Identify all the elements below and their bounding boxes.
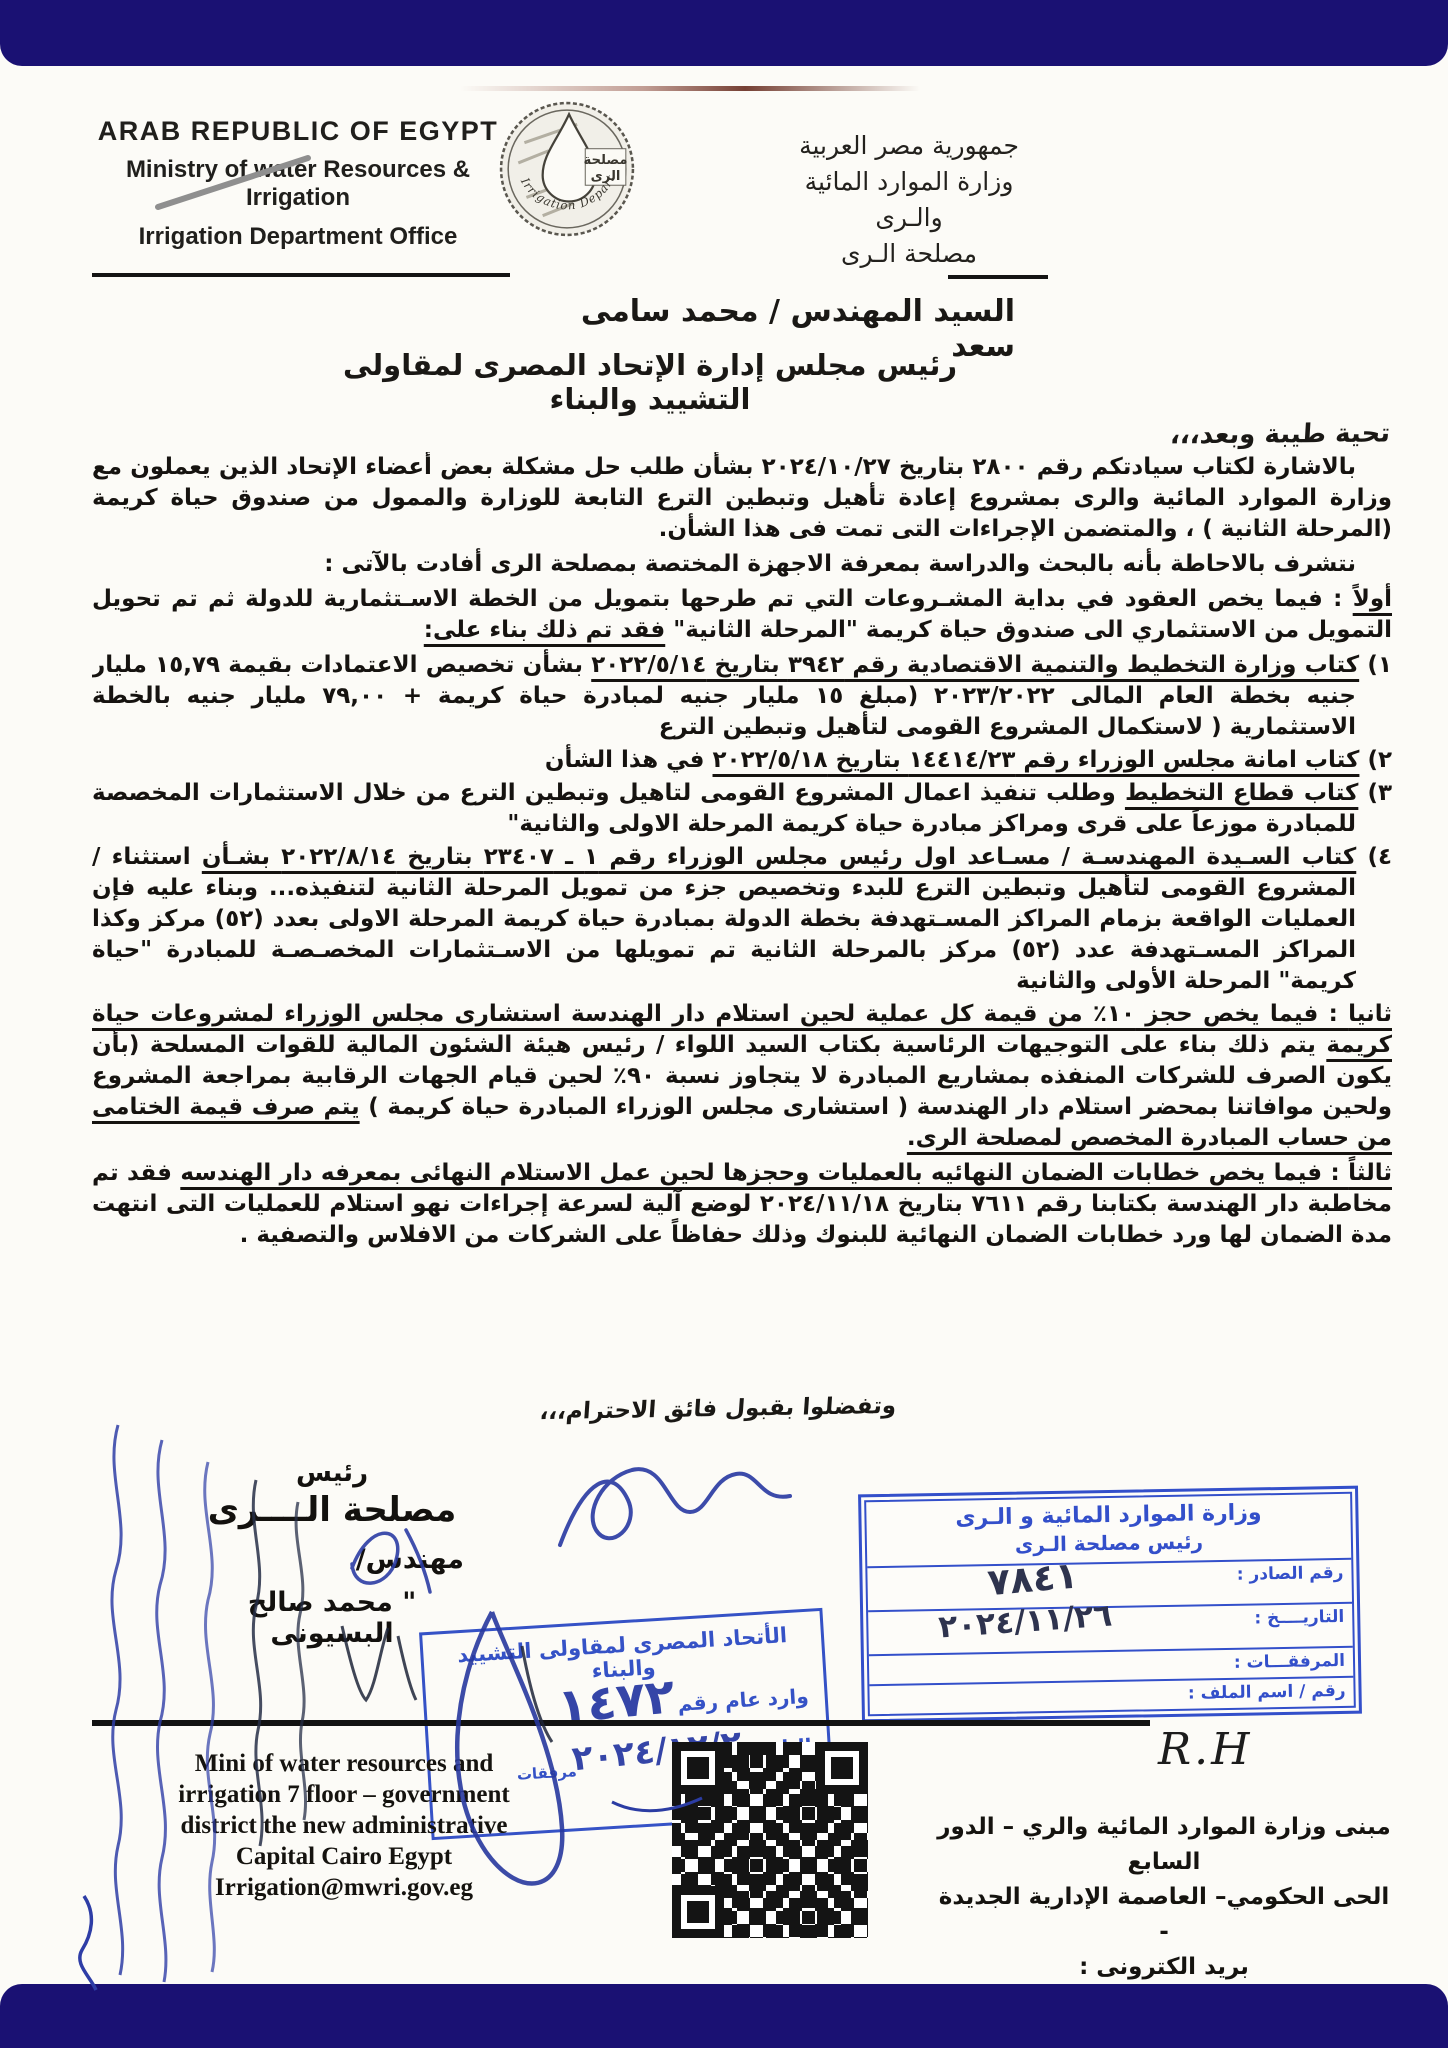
ministry-title-en: Ministry of water Resources & Irrigation xyxy=(86,156,510,212)
footer-ar-line2: الحى الحكومي– العاصمة الإدارية الجديدة - xyxy=(933,1880,1395,1950)
signer-title-line1: رئيس xyxy=(182,1458,482,1488)
qr-finder-bottomleft xyxy=(672,1886,724,1938)
item-text: في هذا الشأن xyxy=(545,747,713,773)
received-label: وارد عام رقم xyxy=(677,1684,809,1716)
top-border-bar xyxy=(0,0,1448,66)
item-reference: كتاب قطاع التخطيط xyxy=(1125,780,1358,806)
office-title-en: Irrigation Department Office xyxy=(86,223,510,251)
item-reference: كتاب وزارة التخطيط والتنمية الاقتصادية ر… xyxy=(591,652,1359,678)
department-title-ar: مصلحة الـرى xyxy=(784,236,1034,272)
mwri-stamp-inner: وزارة الموارد المائية و الـرى رئيس مصلحة… xyxy=(864,1492,1356,1716)
country-title-ar: جمهورية مصر العربية xyxy=(784,128,1034,164)
footer-en-line3: district the new administrative xyxy=(126,1810,562,1841)
footer-en-email: Irrigation@mwri.gov.eg xyxy=(126,1872,562,1903)
section-first-tail: فقد تم ذلك بناء على: xyxy=(424,617,665,643)
handwritten-margin-note xyxy=(112,1425,123,1975)
list-item-4: ٤) كتاب السـيدة المهندسـة / مسـاعد اول ر… xyxy=(92,842,1392,997)
footer-en-line1: Mini of water resources and xyxy=(126,1748,562,1779)
item-number: ٢) xyxy=(1367,747,1392,773)
section-third-lead: : فيما يخص خطابات الضمان النهائيه بالعمل… xyxy=(180,1160,1348,1186)
stamp-file-label: رقم / اسم الملف : xyxy=(1188,1681,1346,1704)
country-title-en: ARAB REPUBLIC OF EGYPT xyxy=(86,116,510,147)
signer-title-line2: مصلحة الــــرى xyxy=(182,1490,482,1530)
qr-code xyxy=(672,1742,868,1938)
paragraph-reference: بالاشارة لكتاب سيادتكم رقم ٢٨٠٠ بتاريخ ٢… xyxy=(92,452,1392,545)
list-item-1: ١) كتاب وزارة التخطيط والتنمية الاقتصادي… xyxy=(92,650,1392,743)
section-first: أولاً : فيما يخص العقود في بداية المشـرو… xyxy=(92,584,1392,646)
addressee-title: رئيس مجلس إدارة الإتحاد المصرى لمقاولى ا… xyxy=(300,348,1000,416)
footer-en-line4: Capital Cairo Egypt xyxy=(126,1841,562,1872)
footer-en-line2: irrigation 7 floor – government xyxy=(126,1779,562,1810)
document-page: ARAB REPUBLIC OF EGYPT Ministry of water… xyxy=(0,0,1448,2048)
footer-ar-line3: بريد الكترونى : xyxy=(933,1950,1395,1985)
outgoing-number-value: ٧٨٤١ xyxy=(986,1553,1080,1604)
bottom-border-bar xyxy=(0,1984,1448,2048)
section-third-label: ثالثاً xyxy=(1348,1160,1392,1186)
section-second: ثانيا : فيما يخص حجز ١٠٪ من قيمة كل عملي… xyxy=(92,999,1392,1154)
section-first-label: أولاً xyxy=(1353,586,1392,612)
header-rule-left xyxy=(92,273,510,277)
item-reference: كتاب امانة مجلس الوزراء رقم ١٤٤١٤/٢٣ بتا… xyxy=(713,747,1360,773)
item-reference: كتاب السـيدة المهندسـة / مسـاعد اول رئيس… xyxy=(202,844,1356,870)
signer-rank: مهندس/ xyxy=(182,1544,482,1575)
item-number: ٤) xyxy=(1367,844,1392,870)
signature-block: رئيس مصلحة الــــرى مهندس/ " محمد صالح ا… xyxy=(182,1458,482,1649)
header-arabic: جمهورية مصر العربية وزارة الموارد المائي… xyxy=(784,128,1034,272)
letter-body: بالاشارة لكتاب سيادتكم رقم ٢٨٠٠ بتاريخ ٢… xyxy=(92,452,1392,1454)
stamp-attachments-label: المرفقـــات : xyxy=(1234,1651,1346,1673)
seal-label-line1: مصلحة xyxy=(584,153,628,168)
scan-streak-mark xyxy=(460,86,920,91)
qr-finder-topleft xyxy=(672,1742,724,1794)
header-rule-right xyxy=(948,275,1048,279)
handwritten-margin-word xyxy=(80,1896,96,1990)
footer-divider-line xyxy=(92,1720,1150,1726)
section-second-label: ثانيا xyxy=(1348,1001,1392,1027)
footer-address-english: Mini of water resources and irrigation 7… xyxy=(126,1748,562,1903)
paragraph-intro: نتشرف بالاحاطة بأنه بالبحث والدراسة بمعر… xyxy=(92,549,1392,580)
list-item-2: ٢) كتاب امانة مجلس الوزراء رقم ١٤٤١٤/٢٣ … xyxy=(92,745,1392,776)
footer-ar-line1: مبنى وزارة الموارد المائية والري – الدور… xyxy=(933,1810,1395,1880)
section-third: ثالثاً : فيما يخص خطابات الضمان النهائيه… xyxy=(92,1158,1392,1251)
handwritten-signature-approver xyxy=(560,1469,790,1545)
section-first-text: : فيما يخص العقود في بداية المشـروعات ال… xyxy=(92,586,1392,643)
ministry-title-ar: وزارة الموارد المائية والـرى xyxy=(784,164,1034,236)
mwri-outgoing-stamp: وزارة الموارد المائية و الـرى رئيس مصلحة… xyxy=(858,1486,1362,1723)
stamp-date-label: التاريــــخ : xyxy=(1254,1607,1344,1629)
item-number: ١) xyxy=(1367,652,1392,678)
irrigation-department-seal-icon: مصلحة الرى Irrigation Department xyxy=(496,98,638,240)
qr-finder-topright xyxy=(816,1742,868,1794)
outgoing-number-label: رقم الصادر : xyxy=(1237,1563,1344,1585)
handwritten-initials: R.H xyxy=(1158,1724,1253,1775)
list-item-3: ٣) كتاب قطاع التخطيط وطلب تنفيذ اعمال ال… xyxy=(92,778,1392,840)
salutation: تحية طيبة وبعد،،، xyxy=(1039,418,1391,451)
header-english: ARAB REPUBLIC OF EGYPT Ministry of water… xyxy=(86,116,510,251)
item-number: ٣) xyxy=(1367,780,1392,806)
